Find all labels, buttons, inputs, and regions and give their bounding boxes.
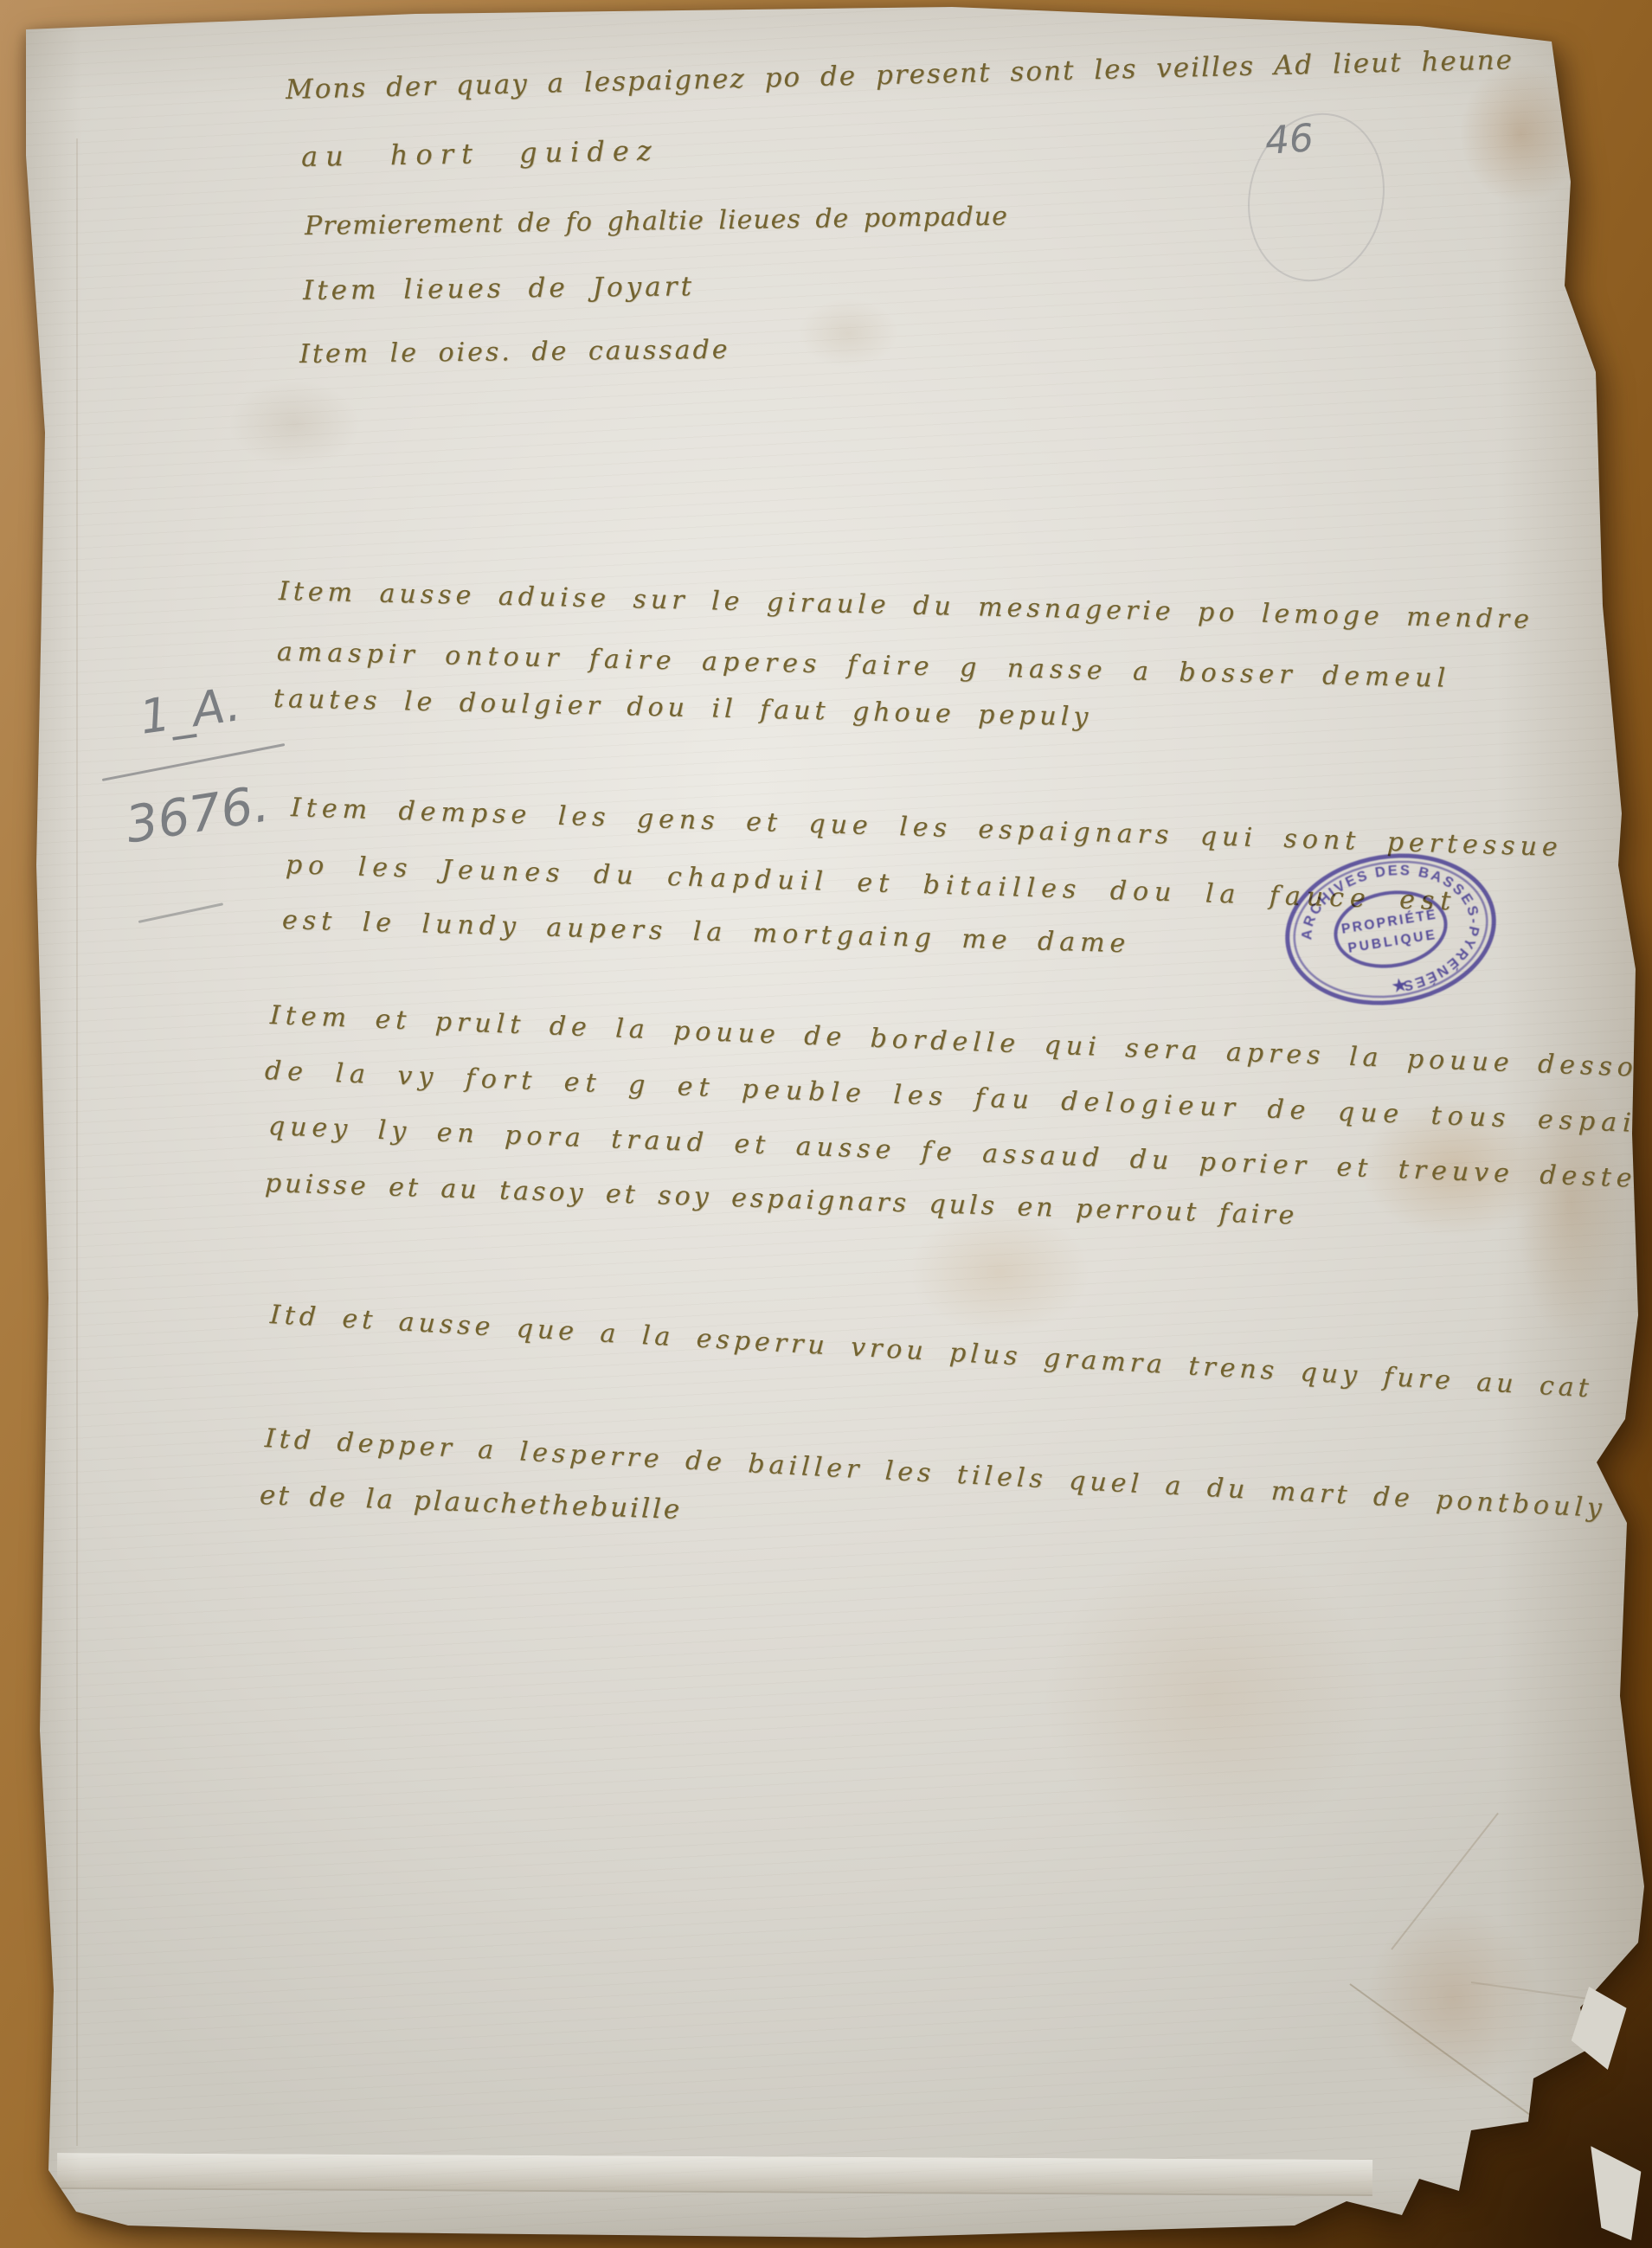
manuscript-page: Mons der quay a lespaignez po de present… — [0, 0, 1652, 2248]
manuscript-photo: Mons der quay a lespaignez po de present… — [0, 0, 1652, 2248]
manuscript-line: Mons der quay a lespaignez po de present… — [286, 44, 1514, 106]
folio-circle-mark — [1232, 100, 1399, 294]
fold-crease — [1349, 1983, 1567, 2142]
classmark-dash — [138, 902, 223, 923]
stain — [779, 286, 917, 381]
manuscript-line: Item ausse aduise sur le giraule du mesn… — [279, 576, 1534, 635]
manuscript-line: est le lundy aupers la mortgaing me dame — [282, 905, 1131, 959]
manuscript-line: Premierement de fo ghaltie lieues de pom… — [305, 202, 1008, 241]
manuscript-line: Item lieues de Joyart — [303, 271, 695, 306]
manuscript-line: amaspir ontour faire aperes faire g nass… — [277, 637, 1451, 694]
manuscript-line: Itd et ausse que a la esperru vrou plus … — [269, 1300, 1594, 1403]
manuscript-line: puisse et au tasoy et soy espaignars qul… — [264, 1168, 1297, 1230]
archive-stamp: ARCHIVES DES BASSES-PYRÉNÉES PROPRIÉTÉ P… — [1268, 830, 1514, 1029]
stain — [1333, 1869, 1575, 2129]
classmark-number: 3676. — [122, 774, 273, 854]
manuscript-line: Item le oies. de caussade — [299, 335, 730, 369]
manuscript-line: au hort guidez — [301, 134, 659, 173]
classmark-series: 1_A. — [137, 677, 244, 745]
folio-number: 46 — [1263, 116, 1315, 164]
fold-crease — [1471, 1981, 1634, 2006]
fold-crease — [1391, 1813, 1499, 1950]
bottom-fold — [57, 2153, 1372, 2196]
manuscript-line: et de la plauchethebuille — [259, 1480, 682, 1525]
stain — [987, 1497, 1437, 1895]
stain — [203, 363, 385, 485]
fold-crease — [76, 138, 78, 2146]
manuscript-line: tautes le doulgier dou il faut ghoue pep… — [273, 684, 1093, 732]
stamp-star-icon: ★ — [1391, 976, 1408, 996]
stamp-ring-text: ARCHIVES DES BASSES-PYRÉNÉES — [1289, 850, 1492, 1009]
